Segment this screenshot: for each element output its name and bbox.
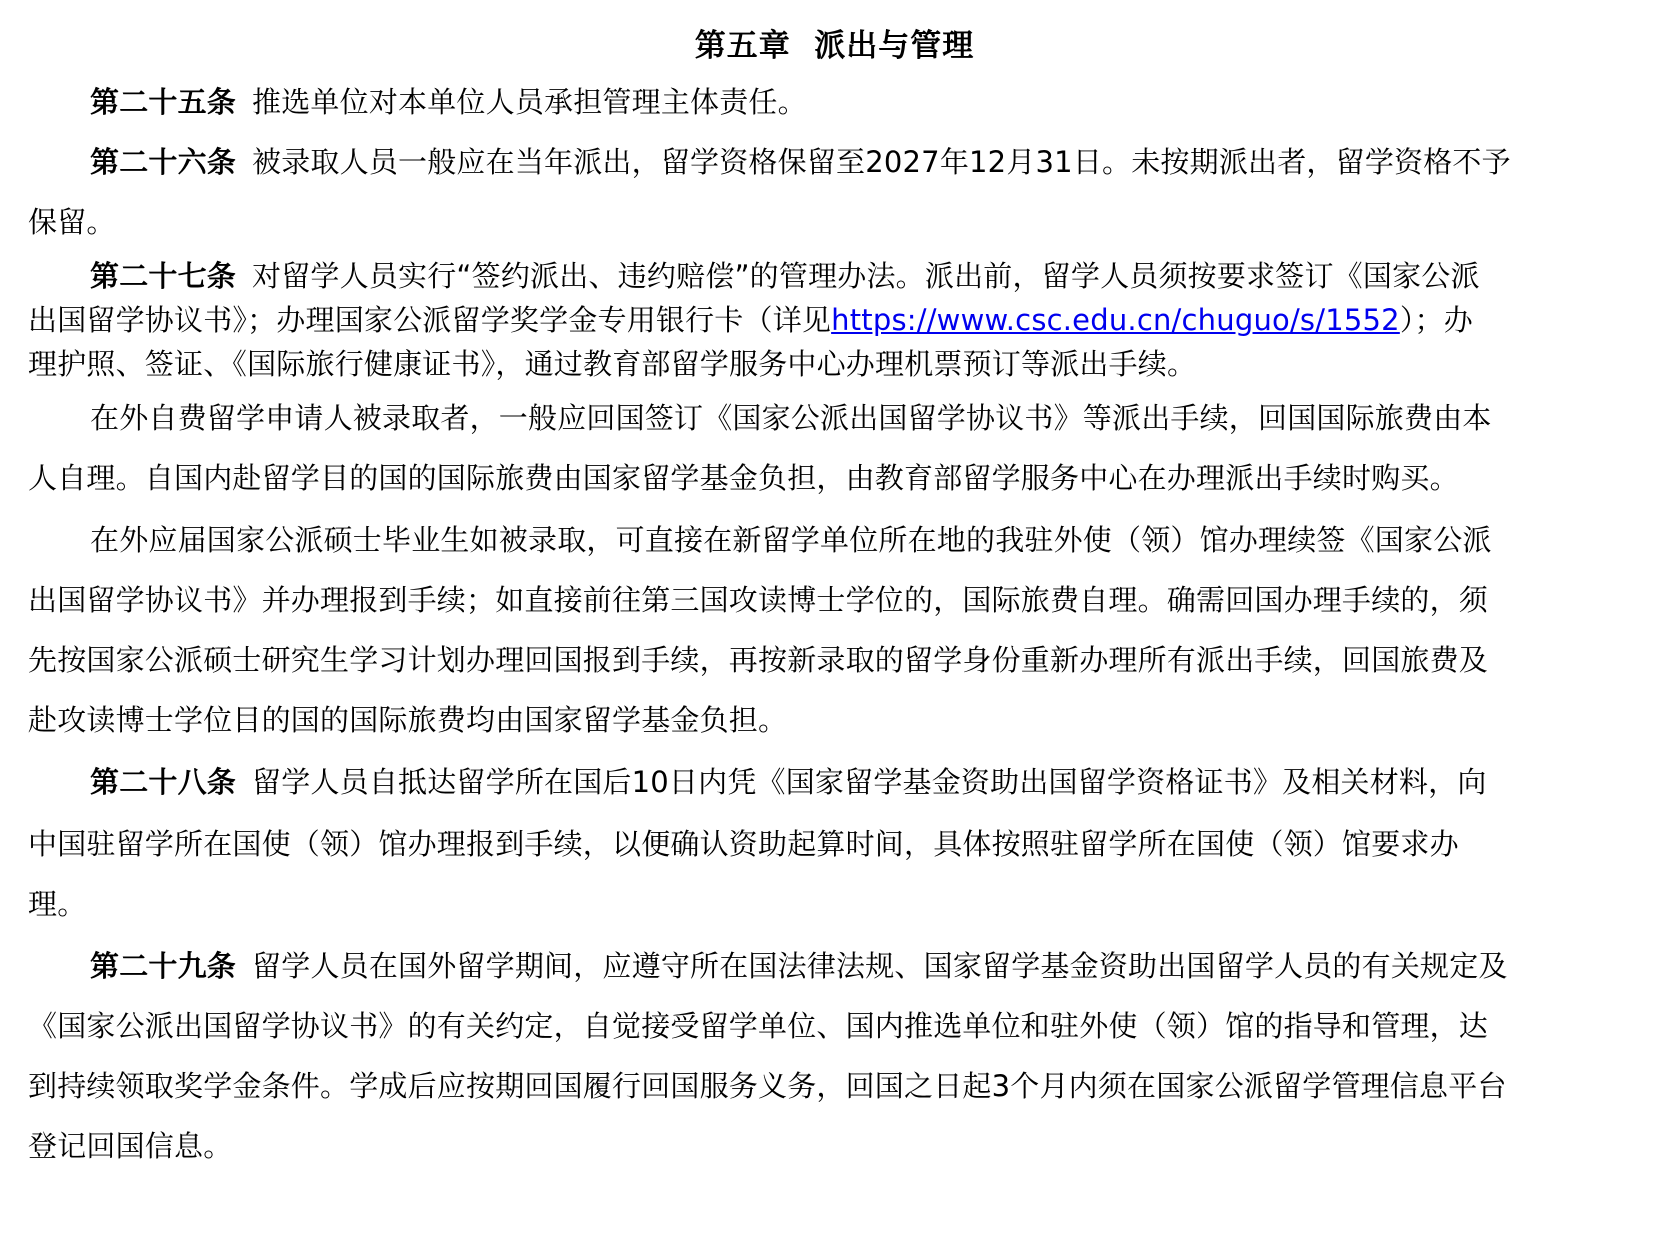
article-27-para2-line-2: 人自理。自国内赴留学目的国的国际旅费由国家留学基金负担，由教育部留学服务中心在办… [28,458,1459,498]
article-27-text-2: 出国留学协议书》；办理国家公派留学奖学金专用银行卡（详见 [28,303,831,337]
article-27-para3-line-3: 先按国家公派硕士研究生学习计划办理回国报到手续，再按新录取的留学身份重新办理所有… [28,640,1488,680]
chapter-title: 第五章 派出与管理 [0,20,1669,65]
article-26-line-1: 第二十六条被录取人员一般应在当年派出，留学资格保留至2027年12月31日。未按… [90,142,1511,182]
article-28-line-3: 理。 [28,884,86,924]
article-26-text-1: 被录取人员一般应在当年派出，留学资格保留至2027年12月31日。未按期派出者，… [252,145,1511,179]
article-27-line-3: 理护照、签证、《国际旅行健康证书》，通过教育部留学服务中心办理机票预订等派出手续… [28,344,1196,384]
article-25-line-1: 第二十五条推选单位对本单位人员承担管理主体责任。 [90,82,807,122]
article-27-para3-line-1: 在外应届国家公派硕士毕业生如被录取，可直接在新留学单位所在地的我驻外使（领）馆办… [90,520,1492,560]
article-25-text: 推选单位对本单位人员承担管理主体责任。 [252,85,807,119]
article-27-text-1: 对留学人员实行“签约派出、违约赔偿”的管理办法。派出前，留学人员须按要求签订《国… [252,259,1480,293]
article-27-line-1: 第二十七条对留学人员实行“签约派出、违约赔偿”的管理办法。派出前，留学人员须按要… [90,256,1480,296]
article-29-label: 第二十九条 [90,949,236,983]
article-27-para3-line-4: 赴攻读博士学位目的国的国际旅费均由国家留学基金负担。 [28,700,787,740]
article-26-label: 第二十六条 [90,145,236,179]
article-28-label: 第二十八条 [90,765,236,799]
article-25-label: 第二十五条 [90,85,236,119]
article-27-label: 第二十七条 [90,259,236,293]
article-29-line-3: 到持续领取奖学金条件。学成后应按期回国履行回国服务义务，回国之日起3个月内须在国… [28,1066,1507,1106]
article-27-para3-line-2: 出国留学协议书》并办理报到手续；如直接前往第三国攻读博士学位的，国际旅费自理。确… [28,580,1488,620]
article-28-text-1: 留学人员自抵达留学所在国后10日内凭《国家留学基金资助出国留学资格证书》及相关材… [252,765,1487,799]
article-27-para2-line-1: 在外自费留学申请人被录取者，一般应回国签订《国家公派出国留学协议书》等派出手续，… [90,398,1492,438]
article-27-line-2: 出国留学协议书》；办理国家公派留学奖学金专用银行卡（详见https://www.… [28,300,1473,340]
article-29-line-1: 第二十九条留学人员在国外留学期间，应遵守所在国法律法规、国家留学基金资助出国留学… [90,946,1508,986]
csc-bank-card-link[interactable]: https://www.csc.edu.cn/chuguo/s/1552 [831,303,1400,337]
article-26-line-2: 保留。 [28,202,116,242]
article-28-line-1: 第二十八条留学人员自抵达留学所在国后10日内凭《国家留学基金资助出国留学资格证书… [90,762,1487,802]
article-28-line-2: 中国驻留学所在国使（领）馆办理报到手续，以便确认资助起算时间，具体按照驻留学所在… [28,824,1459,864]
article-29-text-1: 留学人员在国外留学期间，应遵守所在国法律法规、国家留学基金资助出国留学人员的有关… [252,949,1508,983]
article-29-line-2: 《国家公派出国留学协议书》的有关约定，自觉接受留学单位、国内推选单位和驻外使（领… [28,1006,1488,1046]
article-29-line-4: 登记回国信息。 [28,1126,232,1166]
article-27-text-3: ）；办 [1400,303,1473,337]
